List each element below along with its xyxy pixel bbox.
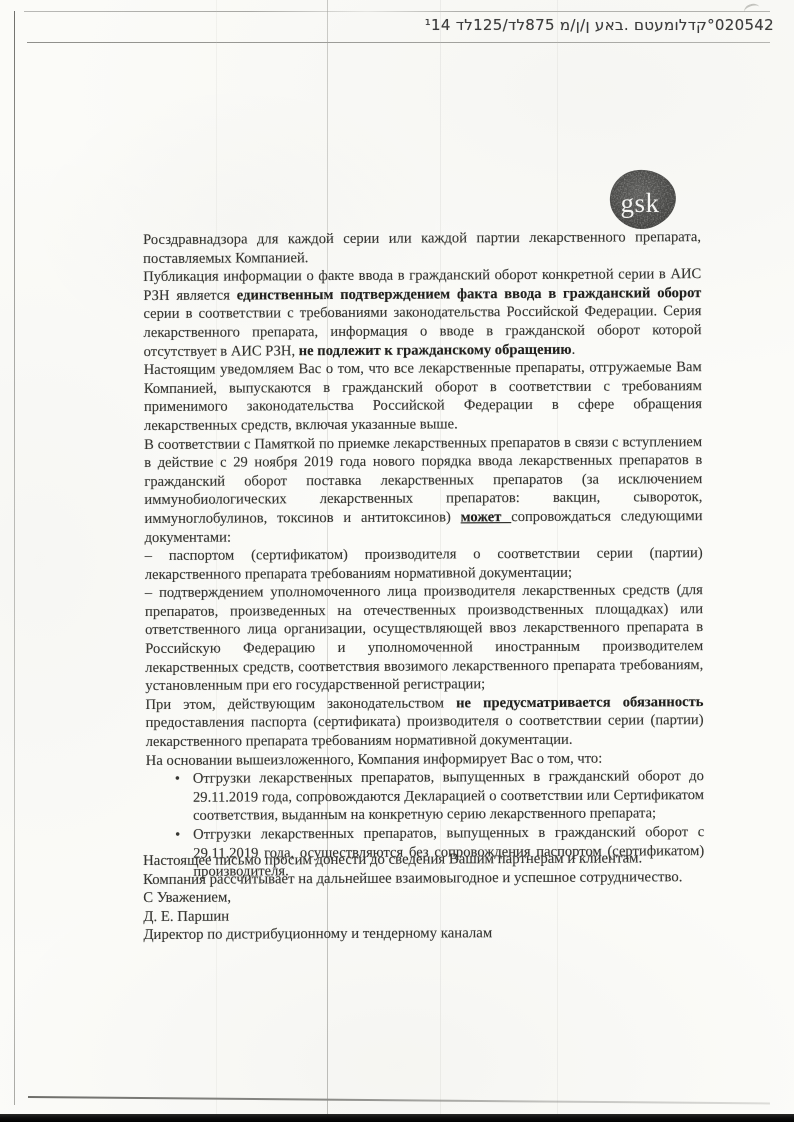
letter-bullet-item: •Отгрузки лекарственных препаратов, выпу… — [146, 767, 704, 826]
letter-paragraph: При этом, действующим законодательством … — [145, 693, 703, 752]
letter-paragraph: Росздравнадзора для каждой серии или каж… — [143, 228, 701, 268]
bullet-icon: • — [146, 770, 193, 826]
signature-title: Директор по дистрибуционному и тендерном… — [143, 923, 743, 945]
scanned-letter-page: ¹14 דל125/דל875 מ/ן/ן עאב. םטעמולדק°0205… — [0, 0, 794, 1122]
letter-paragraph: Публикация информации о факте ввода в гр… — [143, 265, 701, 361]
scan-artifact-bottom-bar — [0, 1114, 794, 1122]
gsk-logo: gsk — [603, 168, 679, 232]
scan-line-header-underline — [27, 42, 770, 43]
scan-line-left-edge — [14, 11, 15, 1105]
letter-paragraph: Настоящим уведомляем Вас о том, что все … — [144, 358, 702, 435]
fax-header-text: ¹14 דל125/דל875 מ/ן/ן עאב. םטעמולדק°0205… — [425, 16, 774, 34]
letter-body: Росздравнадзора для каждой серии или каж… — [143, 228, 704, 882]
scan-artifact-bottom-line — [28, 1096, 770, 1104]
scan-line-top — [24, 11, 770, 12]
closing-line: Компания рассчитывает на дальнейшее взаи… — [143, 867, 743, 889]
letter-paragraph: – паспортом (сертификатом) производителя… — [145, 544, 703, 584]
letter-paragraph: – подтверждением уполномоченного лица пр… — [145, 581, 704, 695]
letter-closing: Настоящее письмо просим донести до сведе… — [143, 849, 743, 945]
bullet-text: Отгрузки лекарственных препаратов, выпущ… — [193, 767, 704, 825]
letter-paragraph: В соответствии с Памяткой по приемке лек… — [144, 433, 703, 547]
gsk-logo-text: gsk — [620, 188, 659, 218]
